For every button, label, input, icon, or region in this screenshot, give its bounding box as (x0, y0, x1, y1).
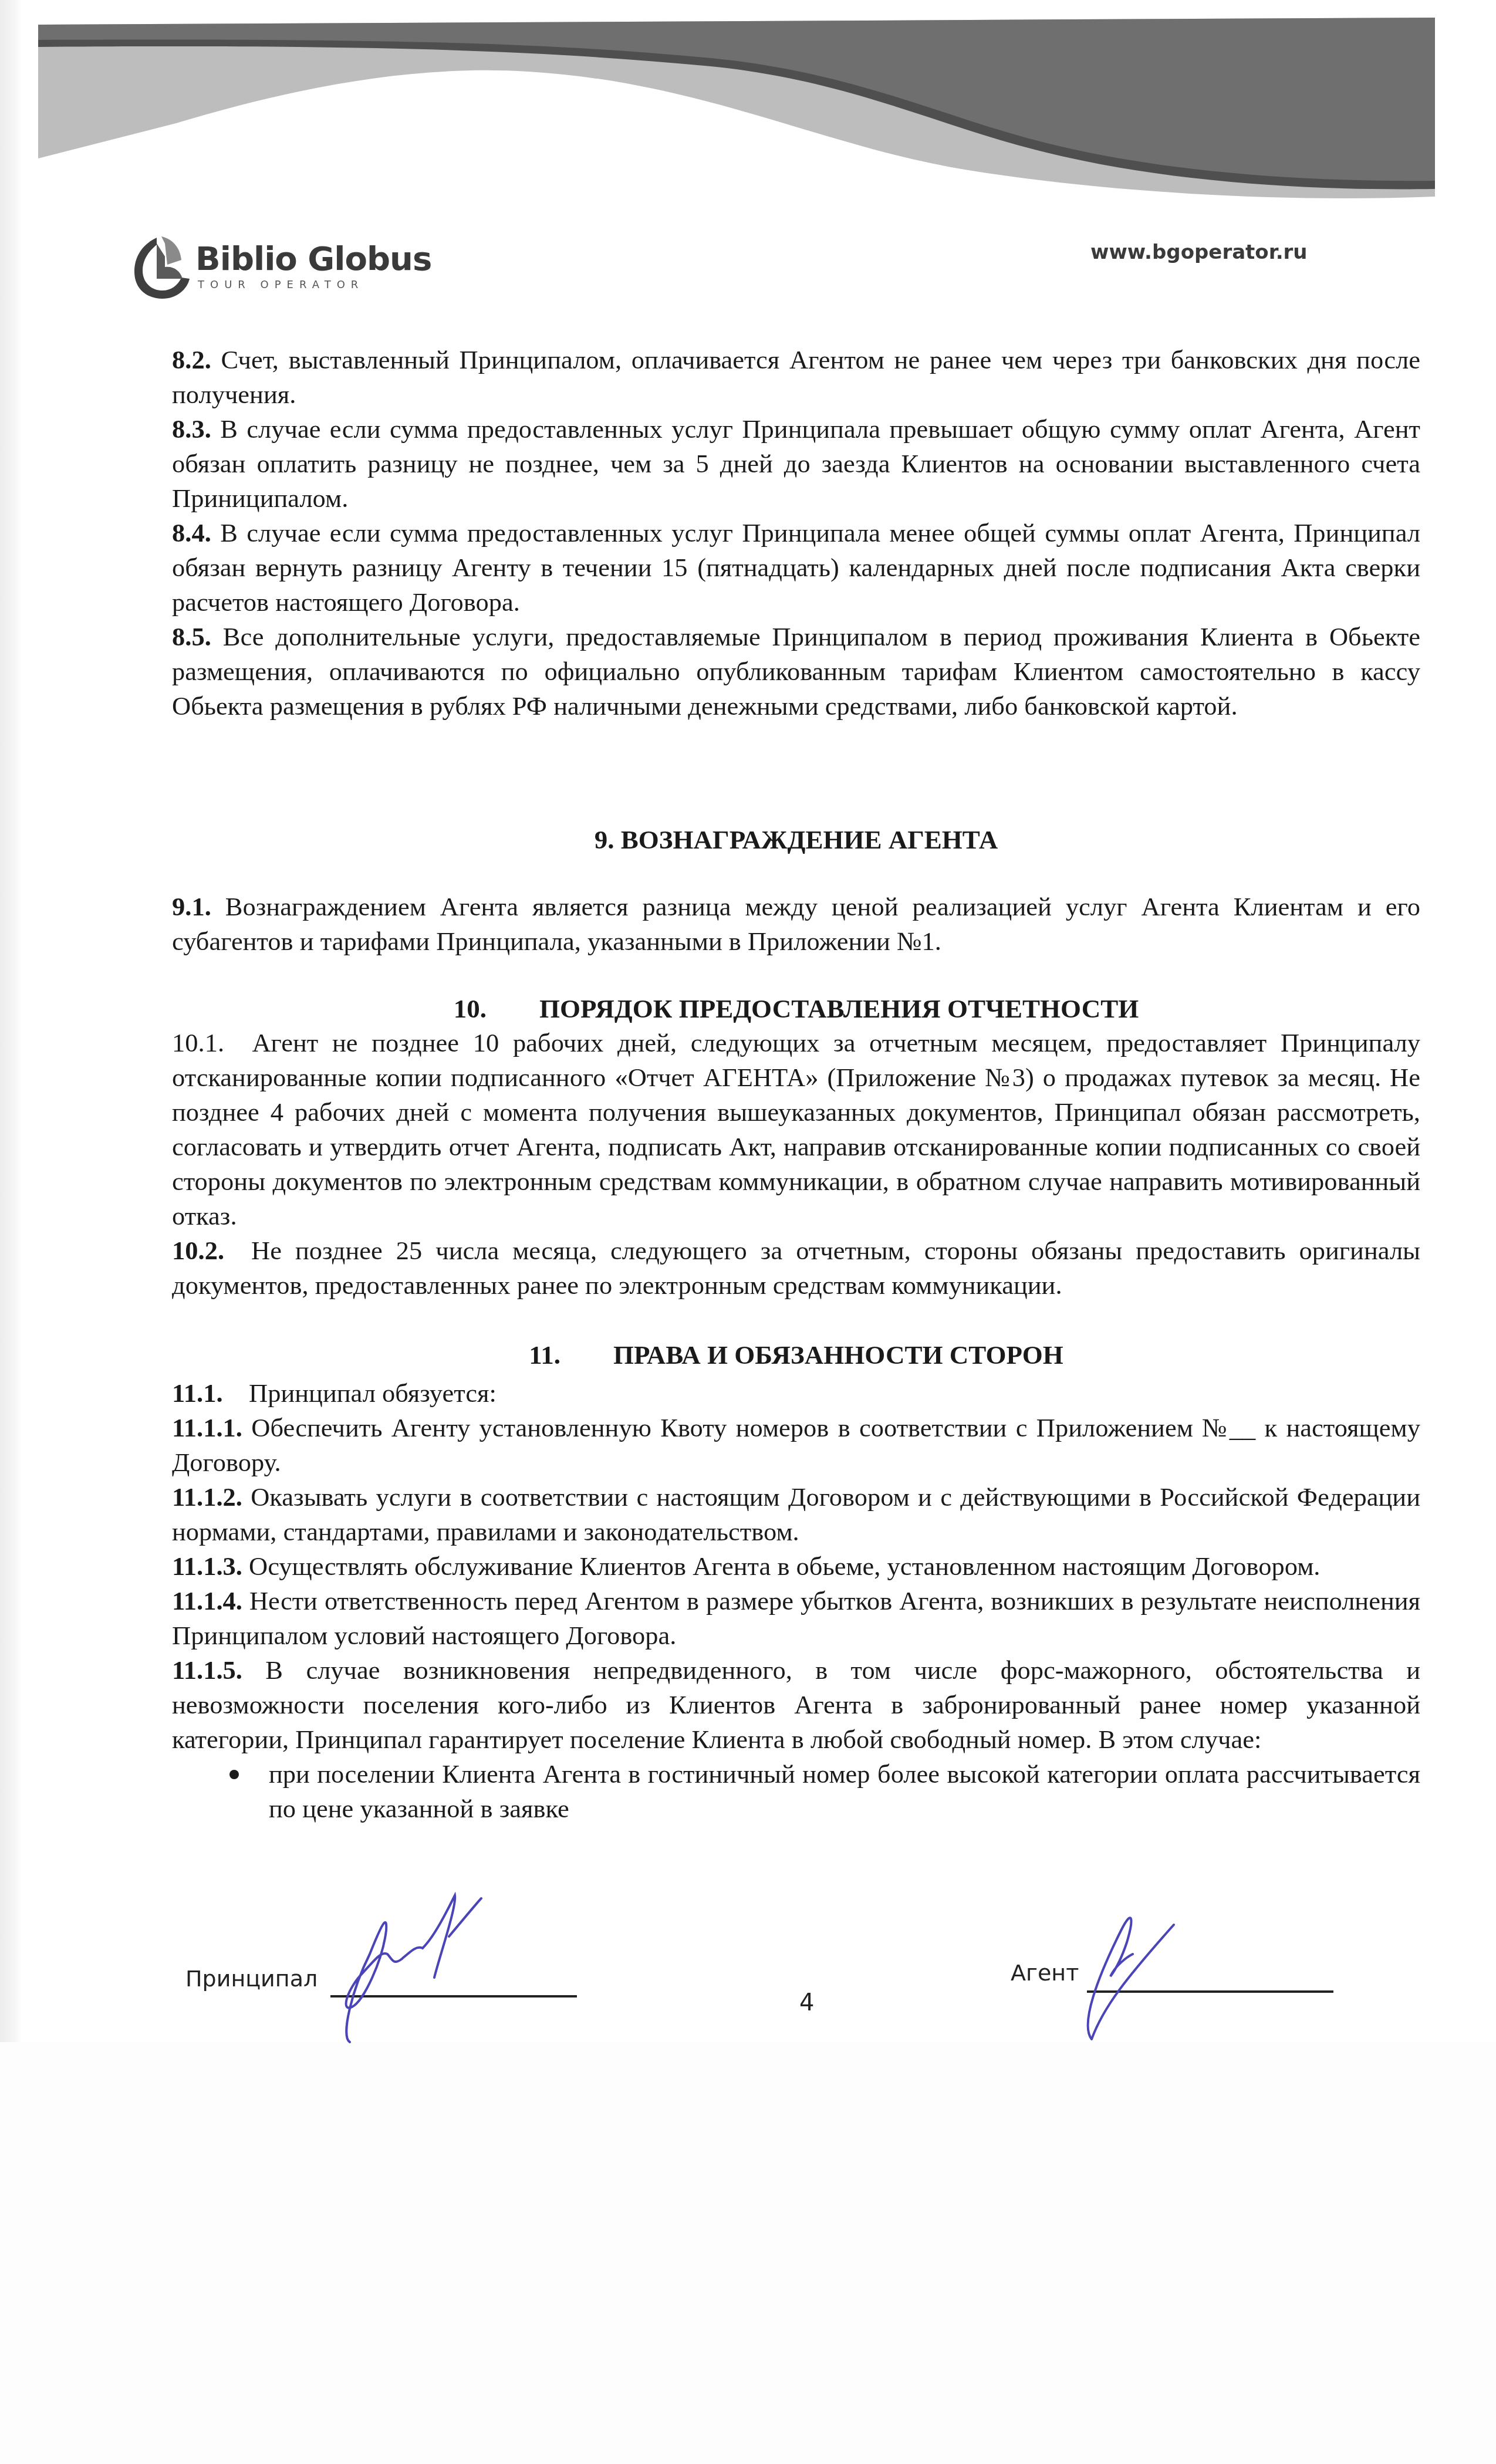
section-number: 10. (454, 993, 487, 1024)
clause-number: 9.1. (172, 892, 211, 921)
clause-number: 8.3. (172, 414, 211, 444)
bullet-icon (229, 1770, 239, 1779)
clause-number: 11.1.3. (172, 1552, 242, 1581)
clause-text: Осуществлять обслуживание Клиентов Агент… (249, 1552, 1320, 1581)
section-title: ПРАВА И ОБЯЗАННОСТИ СТОРОН (613, 1340, 1063, 1370)
clause-text: В случае если сумма предоставленных услу… (172, 414, 1420, 513)
scan-edge-shadow (0, 0, 21, 2042)
bullet-item: при поселении Клиента Агента в гостиничн… (172, 1757, 1420, 1826)
clause-11-1-4: 11.1.4. Нести ответственность перед Аген… (172, 1584, 1420, 1653)
clause-text: В случае если сумма предоставленных услу… (172, 518, 1420, 617)
principal-label: Принципал (185, 1966, 318, 1992)
clause-11-1-5: 11.1.5. В случае возникновения непредвид… (172, 1653, 1420, 1757)
biblio-globus-logo-icon (126, 232, 197, 302)
bullet-text: при поселении Клиента Агента в гостиничн… (269, 1759, 1420, 1823)
clause-8-2: 8.2. Счет, выставленный Принципалом, опл… (172, 343, 1420, 412)
clause-text: Обеспечить Агенту установленную Квоту но… (172, 1413, 1420, 1477)
clause-number: 11.1.2. (172, 1482, 242, 1512)
page-number: 4 (799, 1989, 814, 2016)
clause-text: Вознаграждением Агента является разница … (172, 892, 1420, 956)
section-number: 11. (529, 1340, 560, 1370)
website-url: www.bgoperator.ru (1090, 241, 1308, 264)
clause-10-2: 10.2. Не позднее 25 числа месяца, следую… (172, 1233, 1420, 1303)
section-9: 9.1. Вознаграждением Агента является раз… (172, 890, 1420, 959)
clause-text: Нести ответственность перед Агентом в ра… (172, 1586, 1420, 1650)
clause-11-1-1: 11.1.1. Обеспечить Агенту установленную … (172, 1411, 1420, 1480)
clause-number: 11.1. (172, 1378, 223, 1408)
clause-11-1: 11.1. Принципал обязуется: (172, 1376, 1420, 1411)
section-10-heading: 10.ПОРЯДОК ПРЕДОСТАВЛЕНИЯ ОТЧЕТНОСТИ (172, 993, 1420, 1024)
clause-text: Все дополнительные услуги, предоставляем… (172, 622, 1420, 721)
agent-signature (1056, 1907, 1268, 2048)
clause-8-5: 8.5. Все дополнительные услуги, предоста… (172, 620, 1420, 724)
section-8: 8.2. Счет, выставленный Принципалом, опл… (172, 343, 1420, 724)
clause-number: 10.1. (172, 1028, 224, 1057)
clause-11-1-2: 11.1.2. Оказывать услуги в соответствии … (172, 1480, 1420, 1549)
clause-number: 10.2. (172, 1236, 224, 1265)
section-title: ПОРЯДОК ПРЕДОСТАВЛЕНИЯ ОТЧЕТНОСТИ (539, 994, 1139, 1023)
clause-number: 11.1.4. (172, 1586, 242, 1615)
header-wave-graphic (0, 0, 1496, 223)
clause-8-3: 8.3. В случае если сумма предоставленных… (172, 412, 1420, 516)
clause-10-1: 10.1. Агент не позднее 10 рабочих дней, … (172, 1026, 1420, 1233)
section-11: 11.1. Принципал обязуется: 11.1.1. Обесп… (172, 1376, 1420, 1826)
clause-text: Счет, выставленный Принципалом, оплачива… (172, 345, 1420, 409)
clause-text: Принципал обязуется: (249, 1378, 497, 1408)
clause-9-1: 9.1. Вознаграждением Агента является раз… (172, 890, 1420, 959)
section-9-heading: 9. ВОЗНАГРАЖДЕНИЕ АГЕНТА (172, 824, 1420, 855)
clause-text: Не позднее 25 числа месяца, следующего з… (172, 1236, 1420, 1300)
clause-number: 8.4. (172, 518, 211, 547)
section-10: 10.1. Агент не позднее 10 рабочих дней, … (172, 1026, 1420, 1303)
clause-8-4: 8.4. В случае если сумма предоставленных… (172, 516, 1420, 620)
clause-text: В случае возникновения непредвиденного, … (172, 1655, 1420, 1754)
brand-name: Biblio Globus (195, 240, 431, 278)
clause-number: 11.1.1. (172, 1413, 242, 1442)
clause-11-1-3: 11.1.3. Осуществлять обслуживание Клиент… (172, 1549, 1420, 1584)
clause-number: 8.5. (172, 622, 211, 651)
principal-signature (329, 1890, 610, 2054)
clause-text: Оказывать услуги в соответствии с настоя… (172, 1482, 1420, 1546)
clause-number: 8.2. (172, 345, 211, 374)
clause-number: 11.1.5. (172, 1655, 242, 1685)
clause-text: Агент не позднее 10 рабочих дней, следую… (172, 1028, 1420, 1231)
company-logo: Biblio Globus TOUR OPERATOR (126, 232, 455, 302)
brand-tagline: TOUR OPERATOR (198, 279, 364, 291)
section-11-heading: 11.ПРАВА И ОБЯЗАННОСТИ СТОРОН (172, 1340, 1420, 1370)
